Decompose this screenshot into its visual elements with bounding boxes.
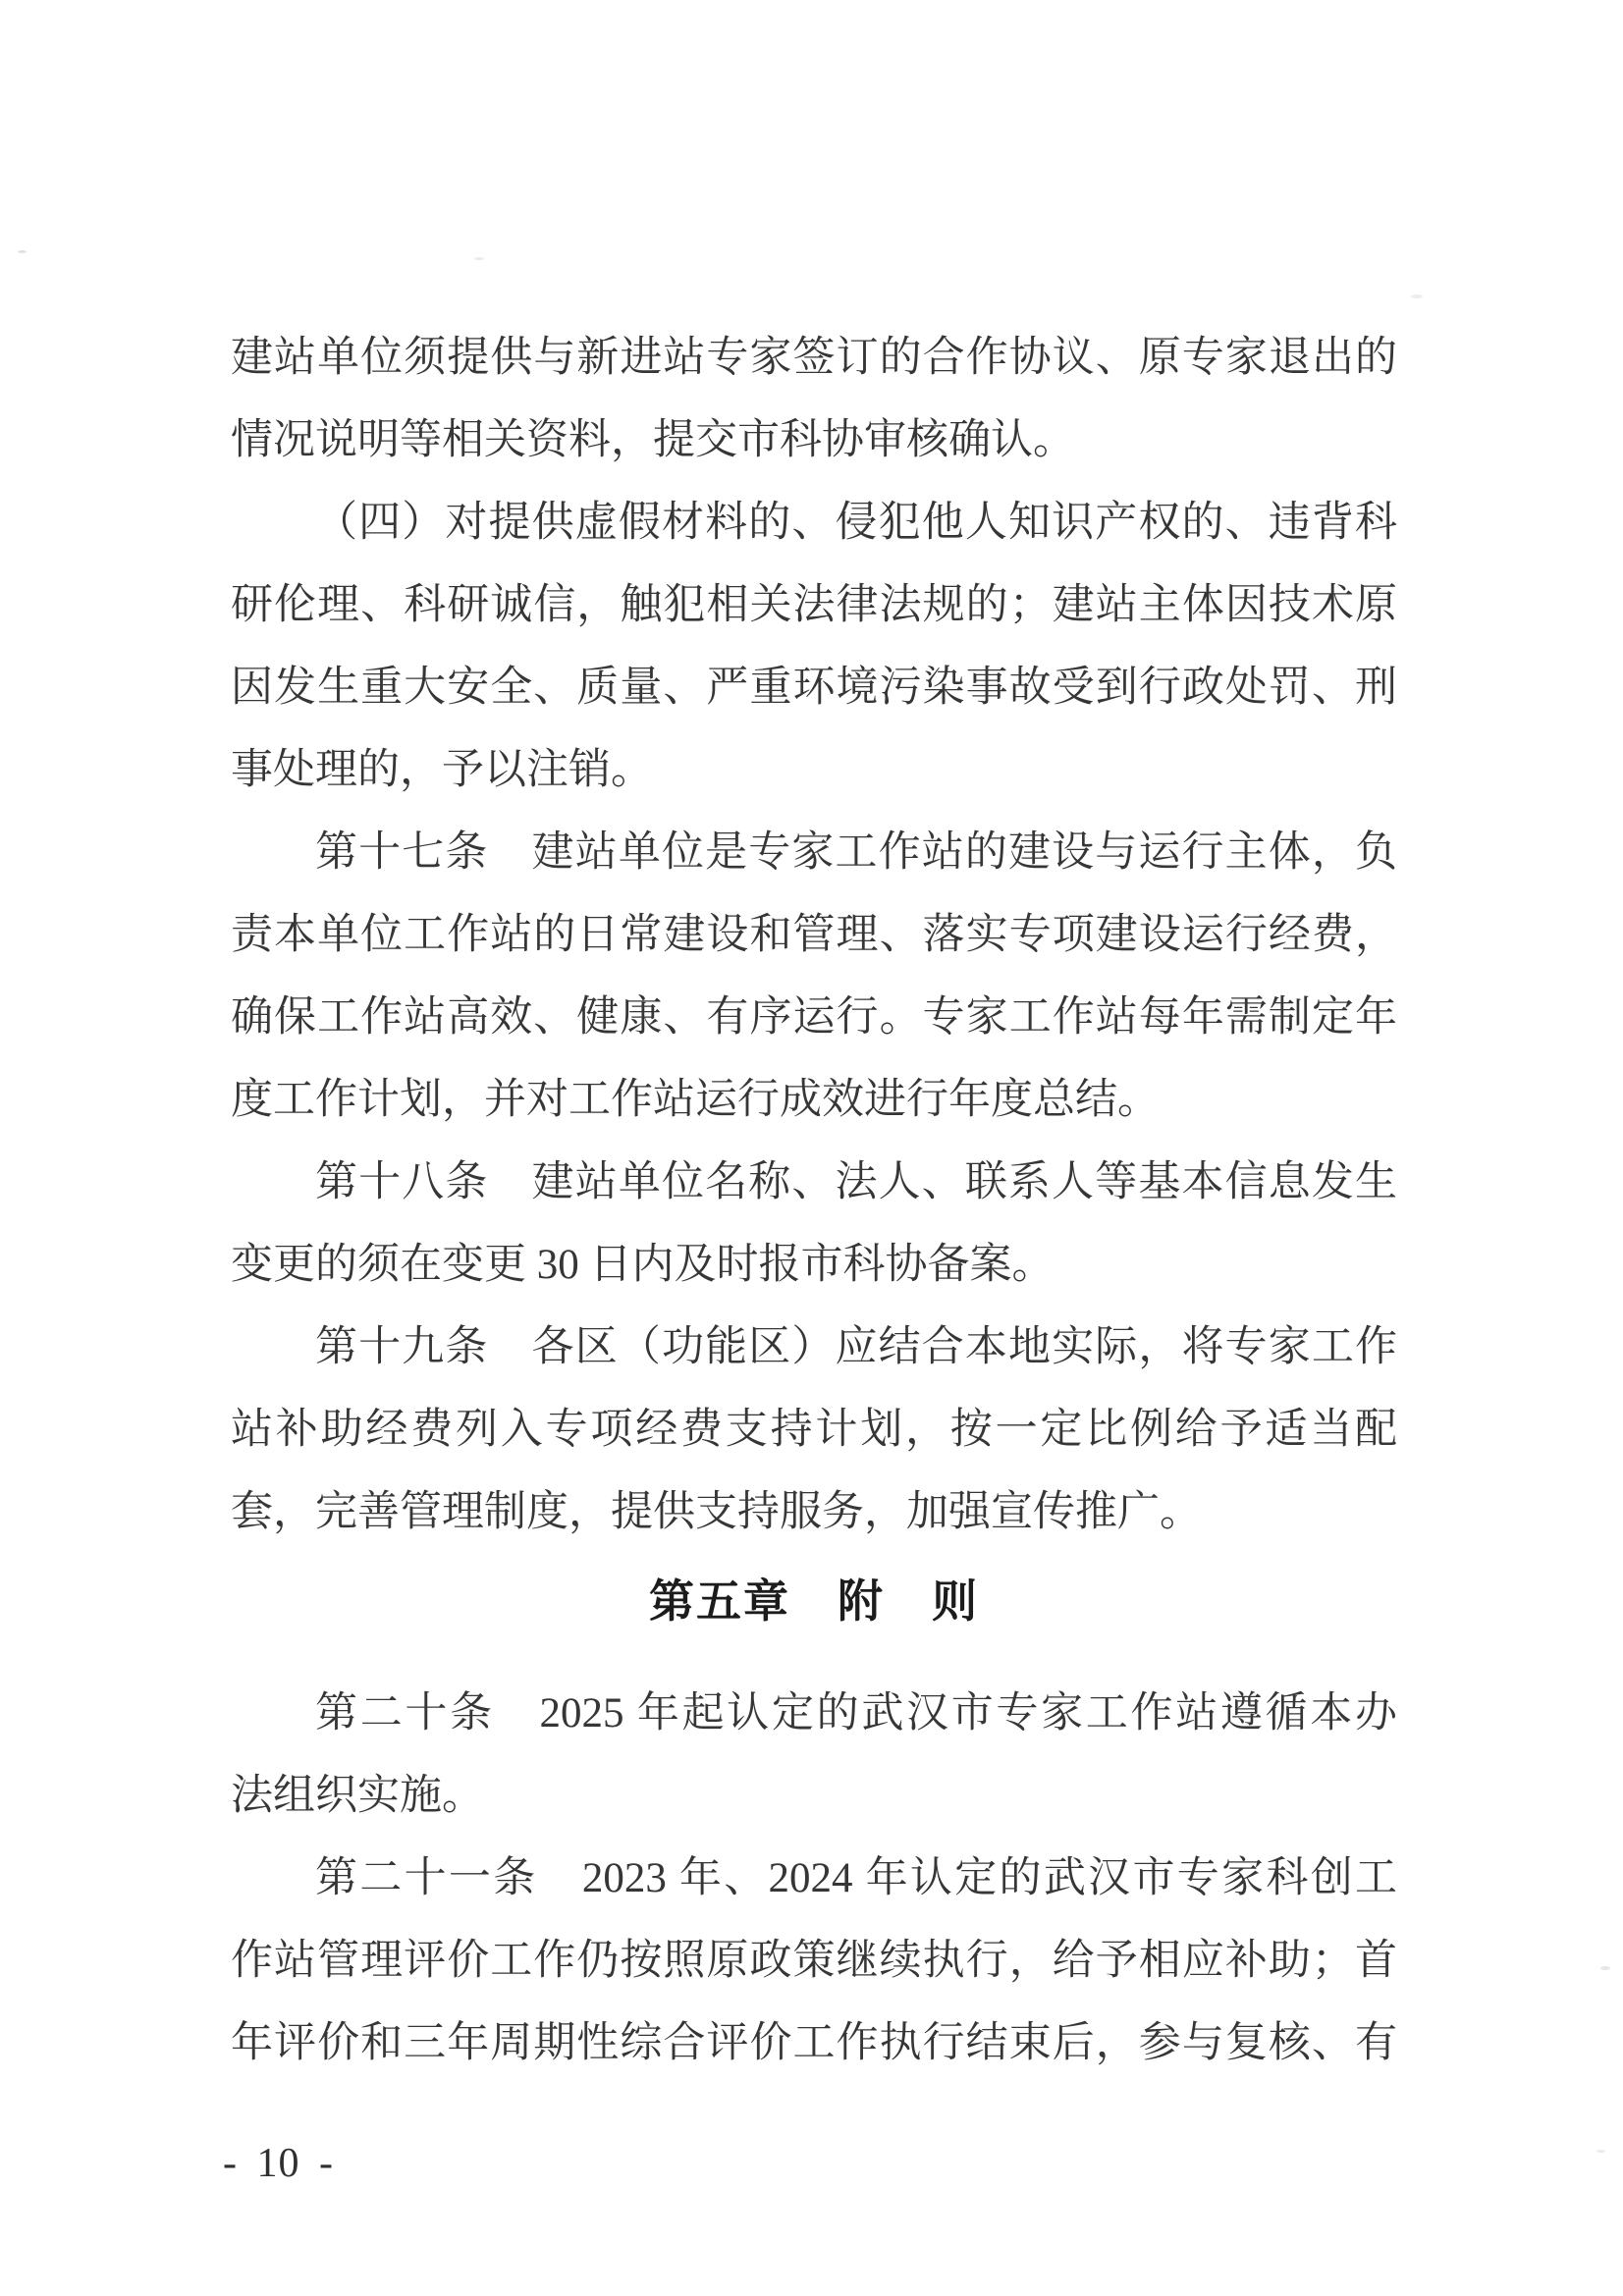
body-line: 确保工作站高效、健康、有序运行。专家工作站每年需制定年 [231,977,1397,1059]
body-line: 第二十条 2025 年起认定的武汉市专家工作站遵循本办 [231,1673,1397,1755]
body-line: 法组织实施。 [231,1755,1397,1838]
page-number: - 10 - [223,2141,334,2186]
body-line: 第十七条 建站单位是专家工作站的建设与运行主体，负 [231,812,1397,894]
document-body: 建站单位须提供与新进站专家签订的合作协议、原专家退出的 情况说明等相关资料，提交… [231,317,1397,2085]
body-line: 第二十一条 2023 年、2024 年认定的武汉市专家科创工 [231,1838,1397,1920]
body-line: 套，完善管理制度，提供支持服务，加强宣传推广。 [231,1471,1397,1554]
body-line: 建站单位须提供与新进站专家签订的合作协议、原专家退出的 [231,317,1397,400]
body-line: （四）对提供虚假材料的、侵犯他人知识产权的、违背科 [231,482,1397,564]
scan-artifact [18,250,27,253]
body-line: 年评价和三年周期性综合评价工作执行结束后，参与复核、有 [231,2002,1397,2085]
scan-artifact [1596,2150,1605,2153]
body-line: 事处理的，予以注销。 [231,729,1397,812]
body-line: 站补助经费列入专项经费支持计划，按一定比例给予适当配 [231,1389,1397,1471]
scan-artifact [474,257,484,260]
body-line: 研伦理、科研诚信，触犯相关法律法规的；建站主体因技术原 [231,564,1397,647]
body-line: 因发生重大安全、质量、严重环境污染事故受到行政处罚、刑 [231,647,1397,729]
page-footer: - 10 - [223,2140,419,2199]
body-line: 变更的须在变更 30 日内及时报市科协备案。 [231,1224,1397,1307]
document-page: 建站单位须提供与新进站专家签订的合作协议、原专家退出的 情况说明等相关资料，提交… [0,0,1623,2296]
chapter-heading: 第五章 附 则 [231,1560,1397,1642]
body-line: 情况说明等相关资料，提交市科协审核确认。 [231,400,1397,482]
body-line: 作站管理评价工作仍按照原政策继续执行，给予相应补助；首 [231,1920,1397,2002]
body-line: 责本单位工作站的日常建设和管理、落实专项建设运行经费， [231,894,1397,977]
scan-artifact [1600,1966,1610,1970]
scan-artifact [1411,294,1423,298]
body-line: 第十九条 各区（功能区）应结合本地实际，将专家工作 [231,1307,1397,1389]
body-line: 第十八条 建站单位名称、法人、联系人等基本信息发生 [231,1142,1397,1224]
body-line: 度工作计划，并对工作站运行成效进行年度总结。 [231,1059,1397,1142]
